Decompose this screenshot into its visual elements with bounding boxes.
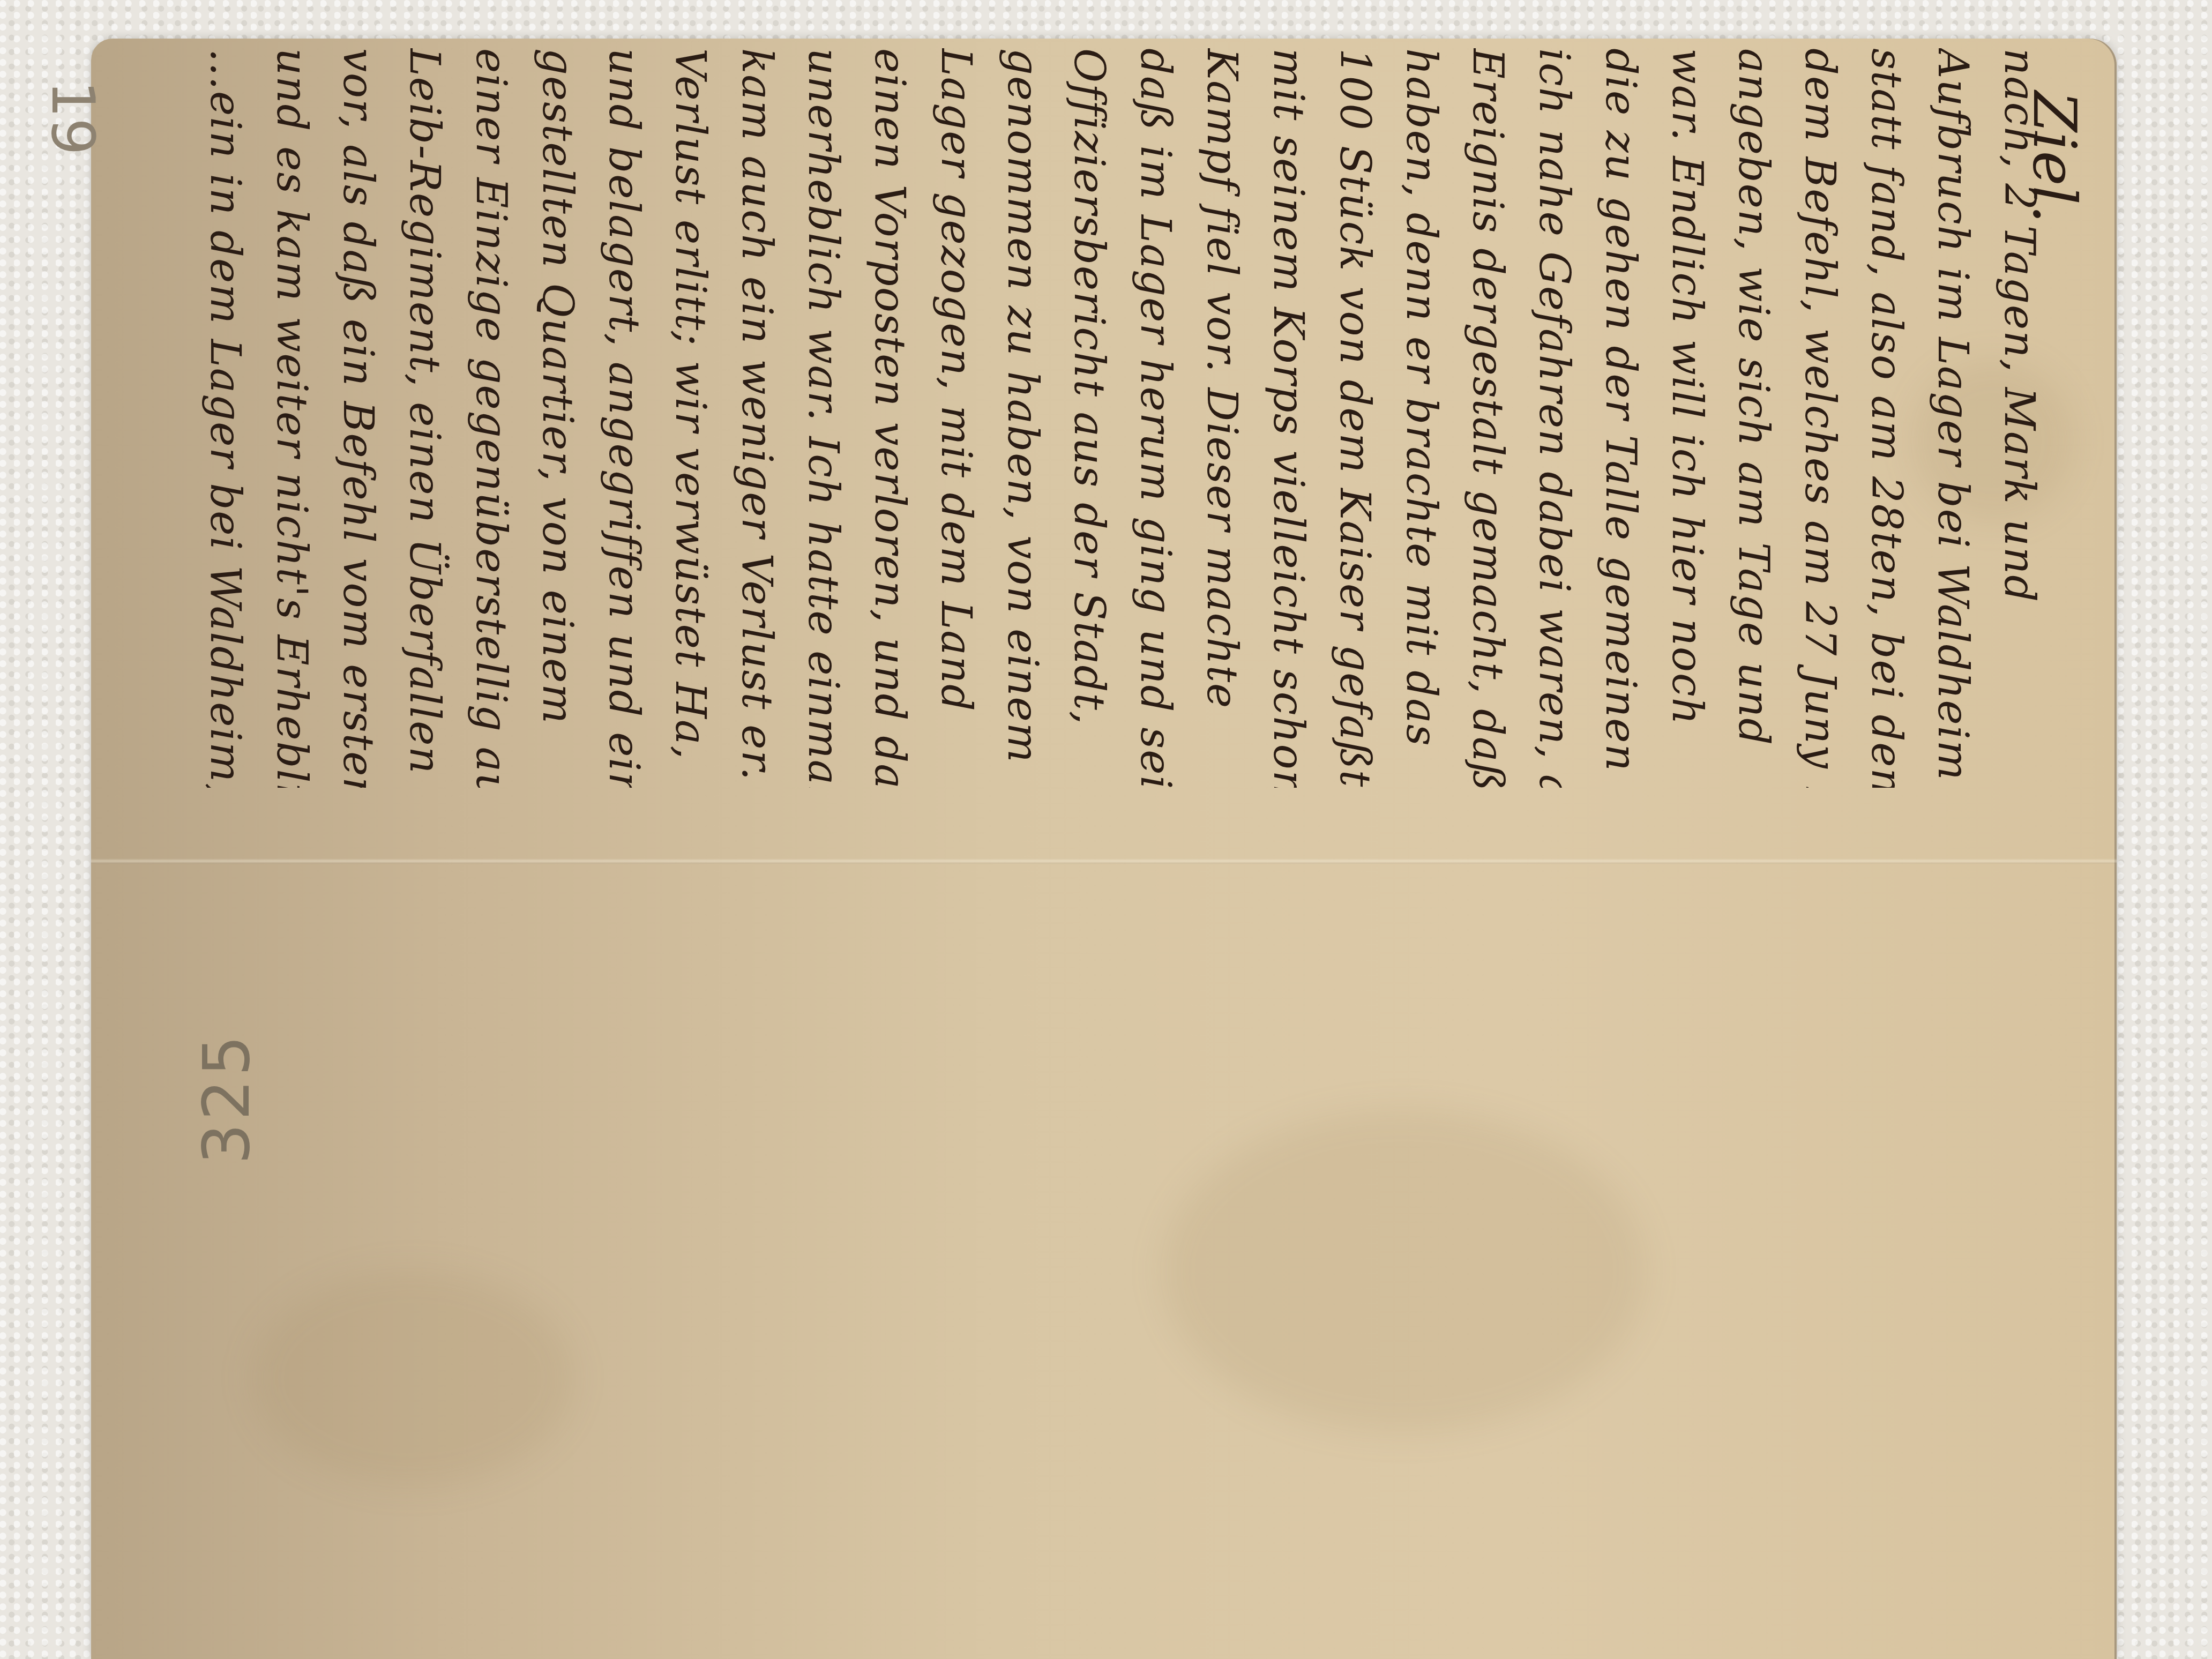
handwritten-text-body: …ein in dem Lager bei Waldheim, sehen, u… [193, 48, 2058, 788]
text-line: einer Einzige gegenüberstellig aufs [459, 48, 518, 788]
text-line: dem Befehl, welches am 27 Juny 1809 [1788, 48, 1847, 788]
text-line: unerheblich war. Ich hatte einmal [791, 48, 850, 788]
text-line: kam auch ein weniger Verlust er. [724, 48, 783, 788]
text-line: Aufbruch im Lager bei Waldheim [1920, 48, 1979, 788]
text-line: Ereignis dergestalt gemacht, daß [1455, 48, 1514, 788]
text-line: die zu gehen der Talle gemeinen [1588, 48, 1647, 788]
text-line: angeben, wie sich am Tage und [1721, 48, 1780, 788]
text-line: mit seinem Korps vielleicht schon [1256, 48, 1315, 788]
paper-stain [252, 1271, 573, 1485]
text-line: Offiziersbericht aus der Stadt, [1057, 48, 1116, 788]
text-line: …ein in dem Lager bei Waldheim, sehen, [193, 48, 252, 788]
text-line: daß im Lager herum ging und sein [1123, 48, 1182, 788]
text-line: haben, denn er brachte mit das [1389, 48, 1448, 788]
text-line: Lager gezogen, mit dem Land [924, 48, 983, 788]
text-line: ich nahe Gefahren dabei waren, als [1522, 48, 1581, 788]
closing-word: Ziel. [2020, 91, 2089, 223]
text-line: und es kam weiter nicht's Erhebliches [259, 48, 318, 788]
text-line: genommen zu haben, von einem [990, 48, 1049, 788]
archive-number: 325 [190, 1032, 264, 1164]
text-line: Kampf fiel vor. Dieser machte [1190, 48, 1249, 788]
text-line: vor, als daß ein Befehl vom ersten [326, 48, 385, 788]
text-line: war. Endlich will ich hier noch [1655, 48, 1714, 788]
text-line: einen Vorposten verloren, und dann [857, 48, 916, 788]
text-line: statt fand, also am 28ten, bei dem [1854, 48, 1913, 788]
paper-stain [1163, 1110, 1645, 1432]
text-line: und belagert, angegriffen und einen [592, 48, 651, 788]
text-line: Leib-Regiment, einen Überfallen [392, 48, 451, 788]
page-number: 19 [39, 80, 107, 155]
text-line: 100 Stück von dem Kaiser gefaßt [1322, 48, 1381, 788]
text-line: Verlust erlitt; wir verwüstet Ha, [658, 48, 717, 788]
text-line: gestellten Quartier, von einem [525, 48, 584, 788]
